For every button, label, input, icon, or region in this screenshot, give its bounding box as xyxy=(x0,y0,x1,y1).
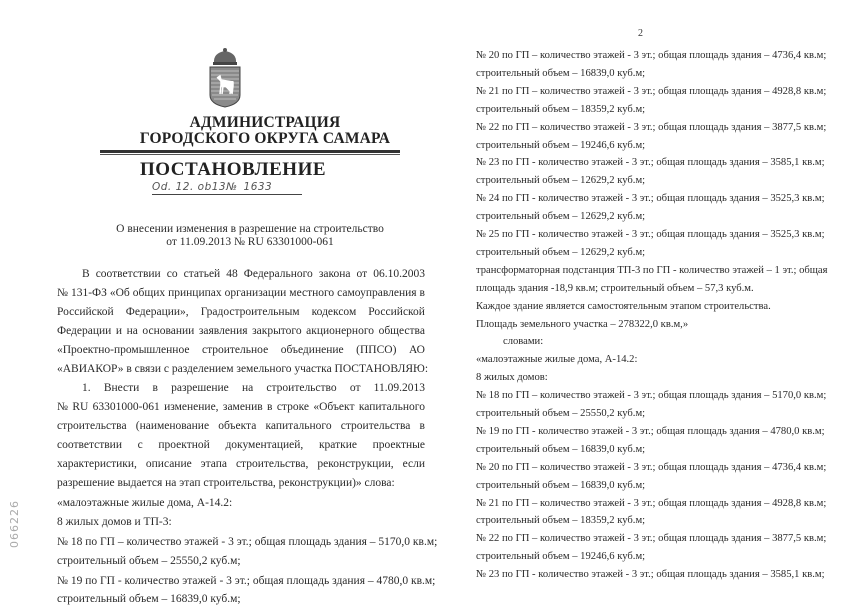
body-line: строительства(наименованиеобъектакапитал… xyxy=(57,419,425,433)
subject-line-2: от 11.09.2013 № RU 63301000-061 xyxy=(80,236,420,249)
organization-title: АДМИНИСТРАЦИЯ xyxy=(100,114,430,131)
body-line: 8 жилых домов и ТП-3: xyxy=(57,515,425,529)
body-line: № 21 по ГП – количество этажей - 3 эт.; … xyxy=(476,497,826,511)
body-line: трансформаторная подстанция ТП-3 по ГП -… xyxy=(476,264,828,278)
handwritten-number: 1633 xyxy=(244,181,273,193)
body-line: № 24 по ГП - количество этажей - 3 эт.; … xyxy=(476,192,825,206)
body-line: № 22 по ГП – количество этажей - 3 эт.; … xyxy=(476,532,826,546)
body-line: №131-ФЗ«Обобщихпринципахорганизацииместн… xyxy=(57,286,425,300)
body-line: Каждое здание является самостоятельным э… xyxy=(476,300,771,314)
subject-line-1: О внесении изменения в разрешение на стр… xyxy=(80,223,420,236)
body-line: № 21 по ГП – количество этажей - 3 эт.; … xyxy=(476,85,826,99)
body-line: «АВИАКОР» в связи с разделением земельно… xyxy=(57,362,425,376)
page-number: 2 xyxy=(638,28,643,39)
document-type: ПОСТАНОВЛЕНИЕ xyxy=(140,159,320,181)
body-line: строительный объем – 12629,2 куб.м; xyxy=(476,246,645,260)
body-line: Площадь земельного участка – 278322,0 кв… xyxy=(476,318,688,332)
body-line: № 18 по ГП – количество этажей - 3 эт.; … xyxy=(57,535,425,549)
body-line: № 18 по ГП – количество этажей - 3 эт.; … xyxy=(476,389,826,403)
body-line: строительный объем – 18359,2 куб.м; xyxy=(476,103,645,117)
header-divider xyxy=(100,150,400,153)
body-line: «малоэтажные жилые дома, А-14.2: xyxy=(57,496,425,510)
body-line: разрешение выдается на этап строительств… xyxy=(57,476,425,490)
body-line: «Проектно-промышленноестроительноеобъеди… xyxy=(57,343,425,357)
body-line: строительный объем – 16839,0 куб.м; xyxy=(476,67,645,81)
document-page-1: АДМИНИСТРАЦИЯ ГОРОДСКОГО ОКРУГА САМАРА П… xyxy=(0,0,445,605)
document-page-2: 2 № 20 по ГП – количество этажей - 3 эт.… xyxy=(445,0,850,605)
body-line: строительный объем – 16839,0 куб.м; xyxy=(57,592,425,605)
body-line: «малоэтажные жилые дома, А-14.2: xyxy=(476,353,637,367)
body-line: № 19 по ГП - количество этажей - 3 эт.; … xyxy=(476,425,825,439)
body-line: словами: xyxy=(503,335,543,349)
handwritten-date: Od. 12. ob13№ xyxy=(152,181,238,193)
body-line: РоссийскойФедерации»,Градостроительнымко… xyxy=(57,305,425,319)
body-line: № 19 по ГП - количество этажей - 3 эт.; … xyxy=(57,574,425,588)
body-line: № 20 по ГП – количество этажей - 3 эт.; … xyxy=(476,461,826,475)
body-line: № 25 по ГП - количество этажей - 3 эт.; … xyxy=(476,228,825,242)
document-date-number: Od. 12. ob13№1633 xyxy=(152,180,302,195)
body-line: характеристики,описаниеэтапастроительств… xyxy=(57,457,425,471)
body-line: №RU63301000-061изменение,замениввстроке«… xyxy=(57,400,425,414)
body-line: строительный объем – 19246,6 куб.м; xyxy=(476,139,645,153)
body-line: № 23 по ГП - количество этажей - 3 эт.; … xyxy=(476,156,825,170)
body-line: строительный объем – 19246,6 куб.м; xyxy=(476,550,645,564)
body-line: Всоответствиисостатьей48Федеральногозако… xyxy=(82,267,425,281)
body-line: 8 жилых домов: xyxy=(476,371,548,385)
body-line: строительный объем – 12629,2 куб.м; xyxy=(476,210,645,224)
body-line: строительный объем – 25550,2 куб.м; xyxy=(57,554,425,568)
organization-subtitle: ГОРОДСКОГО ОКРУГА САМАРА xyxy=(100,130,430,147)
body-line: площадь здания -18,9 кв.м; строительный … xyxy=(476,282,754,296)
body-line: № 22 по ГП – количество этажей - 3 эт.; … xyxy=(476,121,826,135)
body-line: строительный объем – 18359,2 куб.м; xyxy=(476,514,645,528)
header-divider-thin xyxy=(100,154,400,155)
body-line: 1.Внестивразрешениенастроительствоот11.0… xyxy=(82,381,425,395)
coat-of-arms-icon xyxy=(205,47,245,109)
body-line: соответствииспроектнойдокументацией,крат… xyxy=(57,438,425,452)
body-line: строительный объем – 16839,0 куб.м; xyxy=(476,479,645,493)
body-line: строительный объем – 25550,2 куб.м; xyxy=(476,407,645,421)
body-line: строительный объем – 16839,0 куб.м; xyxy=(476,443,645,457)
side-serial-stamp: 066226 xyxy=(8,500,21,548)
body-line: Федерацииинаоснованиизаявлениязакрытогоа… xyxy=(57,324,425,338)
body-line: № 23 по ГП - количество этажей - 3 эт.; … xyxy=(476,568,825,582)
body-line: строительный объем – 12629,2 куб.м; xyxy=(476,174,645,188)
body-line: № 20 по ГП – количество этажей - 3 эт.; … xyxy=(476,49,826,63)
